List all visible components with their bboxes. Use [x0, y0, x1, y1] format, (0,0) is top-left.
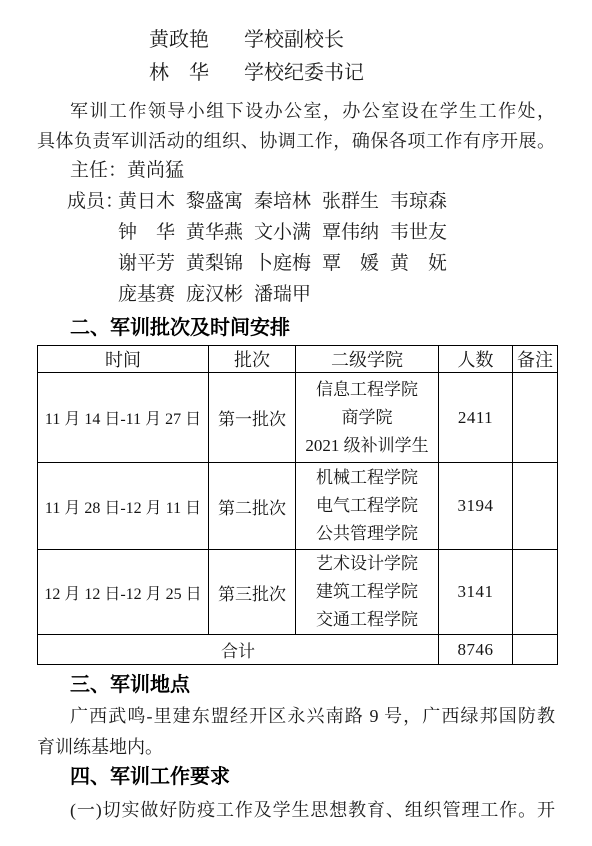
table-total-row: 合计 8746	[38, 635, 558, 665]
office-paragraph: 军训工作领导小组下设办公室，办公室设在学生工作处， 具体负责军训活动的组织、协调…	[37, 96, 555, 156]
director-label: 主任：	[70, 160, 127, 181]
member-name: 黄日木	[118, 186, 186, 217]
header-cell-count: 人数	[439, 346, 513, 373]
office-paragraph-line: 军训工作领导小组下设办公室，办公室设在学生工作处，	[37, 96, 555, 126]
member-name: 庞汉彬	[186, 279, 254, 310]
count-cell: 3141	[439, 550, 513, 635]
header-cell-note: 备注	[513, 346, 558, 373]
table-row: 11 月 14 日-11 月 27 日 第一批次 信息工程学院 商学院 2021…	[38, 373, 558, 463]
member-name: 钟 华	[118, 217, 186, 248]
leader-title: 学校纪委书记	[244, 62, 364, 84]
batch-cell: 第三批次	[209, 550, 296, 635]
leader-name: 林 华	[149, 57, 211, 90]
college-line: 交通工程学院	[296, 606, 438, 634]
batch-table: 时间 批次 二级学院 人数 备注 11 月 14 日-11 月 27 日 第一批…	[37, 345, 558, 665]
member-name: 张群生	[322, 186, 390, 217]
member-name: 秦培林	[254, 186, 322, 217]
header-cell-batch: 批次	[209, 346, 296, 373]
note-cell	[513, 373, 558, 463]
member-name: 覃 媛	[322, 248, 390, 279]
count-cell: 3194	[439, 463, 513, 550]
header-cell-college: 二级学院	[296, 346, 439, 373]
header-cell-time: 时间	[38, 346, 209, 373]
batch-cell: 第二批次	[209, 463, 296, 550]
table-row: 11 月 28 日-12 月 11 日 第二批次 机械工程学院 电气工程学院 公…	[38, 463, 558, 550]
member-name: 黄 妩	[390, 248, 458, 279]
director-name: 黄尚猛	[127, 160, 184, 181]
director-line: 主任：黄尚猛	[37, 156, 555, 186]
leader-title: 学校副校长	[244, 29, 344, 51]
leader-line: 林 华学校纪委书记	[149, 57, 555, 90]
member-row: 钟 华黄华燕文小满覃伟纳韦世友	[37, 217, 555, 248]
location-line: 育训练基地内。	[37, 732, 555, 763]
table-header-row: 时间 批次 二级学院 人数 备注	[38, 346, 558, 373]
member-name: 卜庭梅	[254, 248, 322, 279]
member-row: 成员： 黄日木黎盛寓秦培林张群生韦琼森	[37, 186, 555, 217]
college-line: 电气工程学院	[296, 492, 438, 520]
requirement-line: (一)切实做好防疫工作及学生思想教育、组织管理工作。开	[37, 795, 555, 826]
member-name: 黎盛寓	[186, 186, 254, 217]
members-label: 成员：	[67, 186, 124, 217]
member-name: 文小满	[254, 217, 322, 248]
location-line: 广西武鸣-里建东盟经开区永兴南路 9 号，广西绿邦国防教	[37, 701, 555, 732]
total-label-cell: 合计	[38, 635, 439, 665]
office-paragraph-line: 具体负责军训活动的组织、协调工作，确保各项工作有序开展。	[37, 126, 555, 156]
time-cell: 11 月 14 日-11 月 27 日	[38, 373, 209, 463]
member-name: 韦琼森	[390, 186, 458, 217]
member-row: 庞基赛庞汉彬潘瑞甲	[37, 279, 555, 310]
college-cell: 机械工程学院 电气工程学院 公共管理学院	[296, 463, 439, 550]
document-page: 黄政艳学校副校长 林 华学校纪委书记 军训工作领导小组下设办公室，办公室设在学生…	[0, 0, 592, 846]
time-cell: 11 月 28 日-12 月 11 日	[38, 463, 209, 550]
section-heading-location: 三、军训地点	[37, 673, 555, 697]
leader-line: 黄政艳学校副校长	[149, 24, 555, 57]
college-cell: 艺术设计学院 建筑工程学院 交通工程学院	[296, 550, 439, 635]
member-name: 覃伟纳	[322, 217, 390, 248]
college-line: 公共管理学院	[296, 520, 438, 548]
member-row: 谢平芳黄梨锦卜庭梅覃 媛黄 妩	[37, 248, 555, 279]
note-cell	[513, 635, 558, 665]
table-row: 12 月 12 日-12 月 25 日 第三批次 艺术设计学院 建筑工程学院 交…	[38, 550, 558, 635]
leader-name: 黄政艳	[149, 24, 211, 57]
time-cell: 12 月 12 日-12 月 25 日	[38, 550, 209, 635]
college-line: 建筑工程学院	[296, 578, 438, 606]
college-line: 机械工程学院	[296, 464, 438, 492]
member-name: 潘瑞甲	[254, 279, 322, 310]
note-cell	[513, 463, 558, 550]
note-cell	[513, 550, 558, 635]
total-count-cell: 8746	[439, 635, 513, 665]
section-heading-requirements: 四、军训工作要求	[37, 765, 555, 789]
count-cell: 2411	[439, 373, 513, 463]
member-name: 庞基赛	[118, 279, 186, 310]
college-cell: 信息工程学院 商学院 2021 级补训学生	[296, 373, 439, 463]
members-block: 成员： 黄日木黎盛寓秦培林张群生韦琼森 钟 华黄华燕文小满覃伟纳韦世友 谢平芳黄…	[37, 186, 555, 310]
college-line: 商学院	[296, 404, 438, 432]
member-name: 黄梨锦	[186, 248, 254, 279]
member-name: 黄华燕	[186, 217, 254, 248]
batch-cell: 第一批次	[209, 373, 296, 463]
college-line: 艺术设计学院	[296, 550, 438, 578]
member-name: 谢平芳	[118, 248, 186, 279]
section-heading-batches: 二、军训批次及时间安排	[37, 314, 555, 342]
member-name: 韦世友	[390, 217, 458, 248]
college-line: 信息工程学院	[296, 376, 438, 404]
location-paragraph: 广西武鸣-里建东盟经开区永兴南路 9 号，广西绿邦国防教 育训练基地内。	[37, 701, 555, 763]
college-line: 2021 级补训学生	[296, 432, 438, 460]
